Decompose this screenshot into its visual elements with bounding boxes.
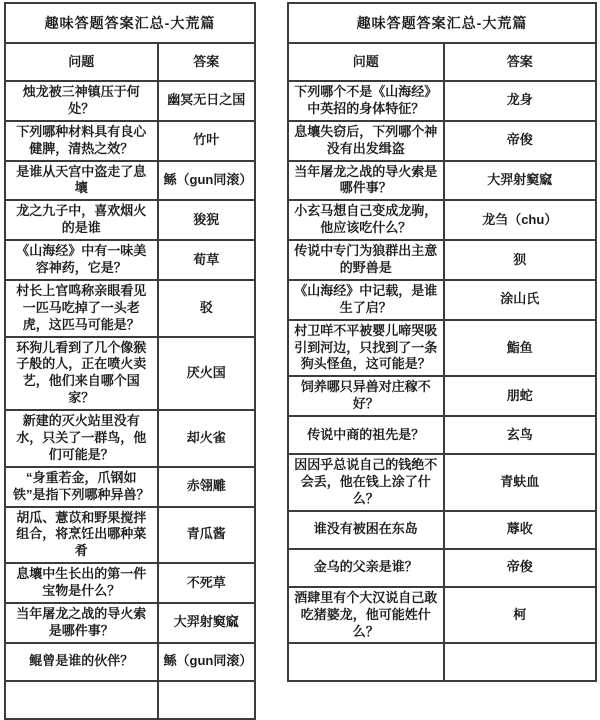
answer-cell: 青蚨血 bbox=[444, 454, 596, 511]
answers-table-right: 趣味答题答案汇总-大荒篇 问题 答案 下列哪个不是《山海经》中英招的身体特征？龙… bbox=[287, 2, 597, 682]
table-row: 传说中商的祖先是？玄鸟 bbox=[288, 416, 596, 454]
table-row: “身重若金，爪钢如铁”是指下列哪种异兽？赤翎雕 bbox=[5, 467, 255, 507]
table-row: 饲养哪只异兽对庄稼不好？朋蛇 bbox=[288, 376, 596, 416]
answer-cell: 涂山氏 bbox=[444, 280, 596, 320]
question-cell: 当年屠龙之战的导火索是哪件事？ bbox=[5, 603, 158, 643]
table-row: 村卫咩不平被婴儿啼哭吸引到河边，只找到了一条狗头怪鱼，这可能是？鮨鱼 bbox=[288, 320, 596, 377]
table-row: 鲲曾是谁的伙伴？鲧（gun同滚） bbox=[5, 643, 255, 681]
table-title: 趣味答题答案汇总-大荒篇 bbox=[288, 3, 596, 43]
answer-cell: 狈 bbox=[444, 240, 596, 280]
question-cell: 息壤失窃后，下列哪个神没有出发缉盗 bbox=[288, 121, 444, 161]
question-cell: 谁没有被困在东岛 bbox=[288, 511, 444, 549]
answers-table-left: 趣味答题答案汇总-大荒篇 问题 答案 烛龙被三神镇压于何处？幽冥无日之国下列哪种… bbox=[4, 2, 256, 720]
answer-cell: 玄鸟 bbox=[444, 416, 596, 454]
answer-cell: 却火雀 bbox=[158, 410, 256, 467]
question-cell: 饲养哪只异兽对庄稼不好？ bbox=[288, 376, 444, 416]
table-row: 《山海经》中有一味美容神药，它是？荀草 bbox=[5, 240, 255, 280]
question-cell: 下列哪种材料具有良心健脾，清热之效？ bbox=[5, 121, 158, 161]
answer-cell: 厌火国 bbox=[158, 337, 256, 411]
table-row: 是谁从天宫中盗走了息壤鲧（gun同滚） bbox=[5, 161, 255, 201]
question-cell: 下列哪个不是《山海经》中英招的身体特征？ bbox=[288, 81, 444, 121]
question-cell: 鲲曾是谁的伙伴？ bbox=[5, 643, 158, 681]
question-cell: 龙之九子中，喜欢烟火的是谁 bbox=[5, 200, 158, 240]
answer-cell bbox=[444, 643, 596, 681]
answer-cell: 大羿射窫窳 bbox=[158, 603, 256, 643]
table-row: 息壤中生长出的第一件宝物是什么？不死草 bbox=[5, 563, 255, 603]
question-cell: 当年屠龙之战的导火索是哪件事？ bbox=[288, 161, 444, 201]
table-title: 趣味答题答案汇总-大荒篇 bbox=[5, 3, 255, 43]
table-row: 当年屠龙之战的导火索是哪件事？大羿射窫窳 bbox=[288, 161, 596, 201]
table-row: 小玄马想自己变成龙驹，他应该吃什么？龙刍（chu） bbox=[288, 200, 596, 240]
answer-cell: 大羿射窫窳 bbox=[444, 161, 596, 201]
column-header-answer: 答案 bbox=[444, 43, 596, 81]
question-cell: 酒肆里有个大汉说自己敢吃猪婆龙，他可能姓什么？ bbox=[288, 587, 444, 644]
table-row: 胡瓜、薏苡和野果搅拌组合，将烹饪出哪种菜肴青瓜酱 bbox=[5, 507, 255, 564]
header-row: 问题 答案 bbox=[5, 43, 255, 81]
answer-cell: 朋蛇 bbox=[444, 376, 596, 416]
answer-cell: 龙刍（chu） bbox=[444, 200, 596, 240]
question-cell: 传说中专门为狼群出主意的野兽是 bbox=[288, 240, 444, 280]
question-cell: “身重若金，爪钢如铁”是指下列哪种异兽？ bbox=[5, 467, 158, 507]
answer-cell: 狻猊 bbox=[158, 200, 256, 240]
table-row: 下列哪种材料具有良心健脾，清热之效？竹叶 bbox=[5, 121, 255, 161]
answer-cell: 竹叶 bbox=[158, 121, 256, 161]
table-row: 因因乎总说自己的钱绝不会丢，他在钱上涂了什么？青蚨血 bbox=[288, 454, 596, 511]
table-row: 传说中专门为狼群出主意的野兽是狈 bbox=[288, 240, 596, 280]
table-row: 烛龙被三神镇压于何处？幽冥无日之国 bbox=[5, 81, 255, 121]
answer-cell: 蓐收 bbox=[444, 511, 596, 549]
question-cell: 村长上官鸣称亲眼看见一匹马吃掉了一头老虎，这匹马可能是？ bbox=[5, 280, 158, 337]
column-header-question: 问题 bbox=[288, 43, 444, 81]
question-cell: 胡瓜、薏苡和野果搅拌组合，将烹饪出哪种菜肴 bbox=[5, 507, 158, 564]
question-cell: 息壤中生长出的第一件宝物是什么？ bbox=[5, 563, 158, 603]
column-header-answer: 答案 bbox=[158, 43, 256, 81]
answer-cell: 赤翎雕 bbox=[158, 467, 256, 507]
table-row bbox=[288, 643, 596, 681]
question-cell bbox=[288, 643, 444, 681]
table-row bbox=[5, 681, 255, 719]
table-row: 酒肆里有个大汉说自己敢吃猪婆龙，他可能姓什么？柯 bbox=[288, 587, 596, 644]
table-row: 下列哪个不是《山海经》中英招的身体特征？龙身 bbox=[288, 81, 596, 121]
table-row: 村长上官鸣称亲眼看见一匹马吃掉了一头老虎，这匹马可能是？驳 bbox=[5, 280, 255, 337]
table-row: 环狗儿看到了几个像猴子般的人，正在喷火卖艺，他们来自哪个国家？厌火国 bbox=[5, 337, 255, 411]
answer-cell: 鲧（gun同滚） bbox=[158, 643, 256, 681]
question-cell: 金乌的父亲是谁？ bbox=[288, 549, 444, 587]
question-cell: 传说中商的祖先是？ bbox=[288, 416, 444, 454]
table-row: 《山海经》中记载，是谁生了启？涂山氏 bbox=[288, 280, 596, 320]
question-cell: 烛龙被三神镇压于何处？ bbox=[5, 81, 158, 121]
table-row: 金乌的父亲是谁？帝俊 bbox=[288, 549, 596, 587]
answer-cell: 鮨鱼 bbox=[444, 320, 596, 377]
answer-cell: 幽冥无日之国 bbox=[158, 81, 256, 121]
answer-cell: 龙身 bbox=[444, 81, 596, 121]
table-row: 谁没有被困在东岛蓐收 bbox=[288, 511, 596, 549]
question-cell: 新建的灭火站里没有水，只关了一群鸟，他们可能是？ bbox=[5, 410, 158, 467]
question-cell: 因因乎总说自己的钱绝不会丢，他在钱上涂了什么？ bbox=[288, 454, 444, 511]
question-cell: 《山海经》中记载，是谁生了启？ bbox=[288, 280, 444, 320]
answer-cell: 青瓜酱 bbox=[158, 507, 256, 564]
answer-cell: 荀草 bbox=[158, 240, 256, 280]
title-row: 趣味答题答案汇总-大荒篇 bbox=[288, 3, 596, 43]
answer-cell: 帝俊 bbox=[444, 549, 596, 587]
question-cell: 环狗儿看到了几个像猴子般的人，正在喷火卖艺，他们来自哪个国家？ bbox=[5, 337, 158, 411]
answer-cell: 柯 bbox=[444, 587, 596, 644]
table-row: 龙之九子中，喜欢烟火的是谁狻猊 bbox=[5, 200, 255, 240]
table-row: 当年屠龙之战的导火索是哪件事？大羿射窫窳 bbox=[5, 603, 255, 643]
column-header-question: 问题 bbox=[5, 43, 158, 81]
answer-cell: 帝俊 bbox=[444, 121, 596, 161]
answer-cell bbox=[158, 681, 256, 719]
question-cell: 小玄马想自己变成龙驹，他应该吃什么？ bbox=[288, 200, 444, 240]
table-row: 息壤失窃后，下列哪个神没有出发缉盗帝俊 bbox=[288, 121, 596, 161]
header-row: 问题 答案 bbox=[288, 43, 596, 81]
question-cell bbox=[5, 681, 158, 719]
answer-cell: 不死草 bbox=[158, 563, 256, 603]
question-cell: 村卫咩不平被婴儿啼哭吸引到河边，只找到了一条狗头怪鱼，这可能是？ bbox=[288, 320, 444, 377]
table-row: 新建的灭火站里没有水，只关了一群鸟，他们可能是？却火雀 bbox=[5, 410, 255, 467]
question-cell: 《山海经》中有一味美容神药，它是？ bbox=[5, 240, 158, 280]
title-row: 趣味答题答案汇总-大荒篇 bbox=[5, 3, 255, 43]
answer-cell: 鲧（gun同滚） bbox=[158, 161, 256, 201]
answer-cell: 驳 bbox=[158, 280, 256, 337]
question-cell: 是谁从天宫中盗走了息壤 bbox=[5, 161, 158, 201]
